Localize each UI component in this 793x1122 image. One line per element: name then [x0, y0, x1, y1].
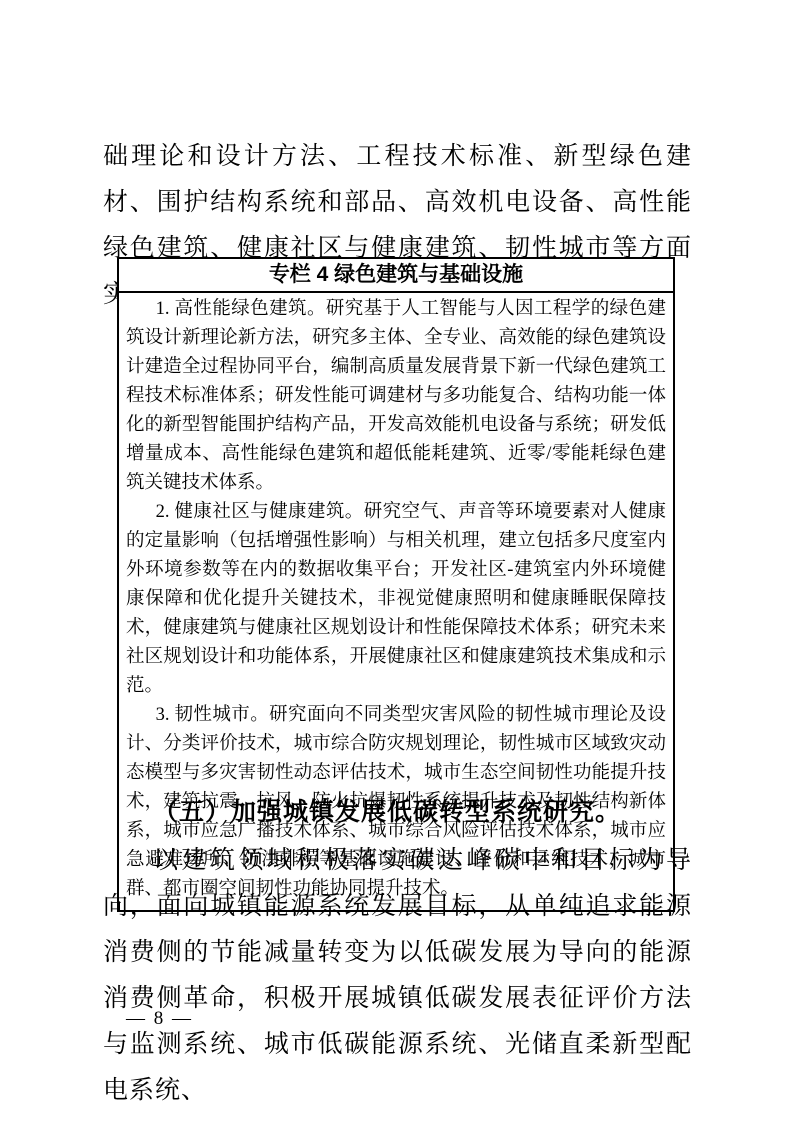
page-number: — 8 —: [126, 1006, 193, 1032]
section-paragraph: 以建筑领域积极落实碳达峰碳中和目标为导向，面向城镇能源系统发展目标，从单纯追求能…: [103, 838, 692, 1114]
feature-box-item-2: 2. 健康社区与健康建筑。研究空气、声音等环境要素对人健康的定量影响（包括增强性…: [126, 498, 666, 701]
feature-box-title: 专栏 4 绿色建筑与基础设施: [119, 259, 673, 293]
feature-box-item-1: 1. 高性能绿色建筑。研究基于人工智能与人因工程学的绿色建筑设计新理论新方法，研…: [126, 295, 666, 498]
section-heading: （五）加强城镇发展低碳转型系统研究。: [103, 796, 692, 830]
document-page: 础理论和设计方法、工程技术标准、新型绿色建材、围护结构系统和部品、高效机电设备、…: [0, 0, 793, 1122]
